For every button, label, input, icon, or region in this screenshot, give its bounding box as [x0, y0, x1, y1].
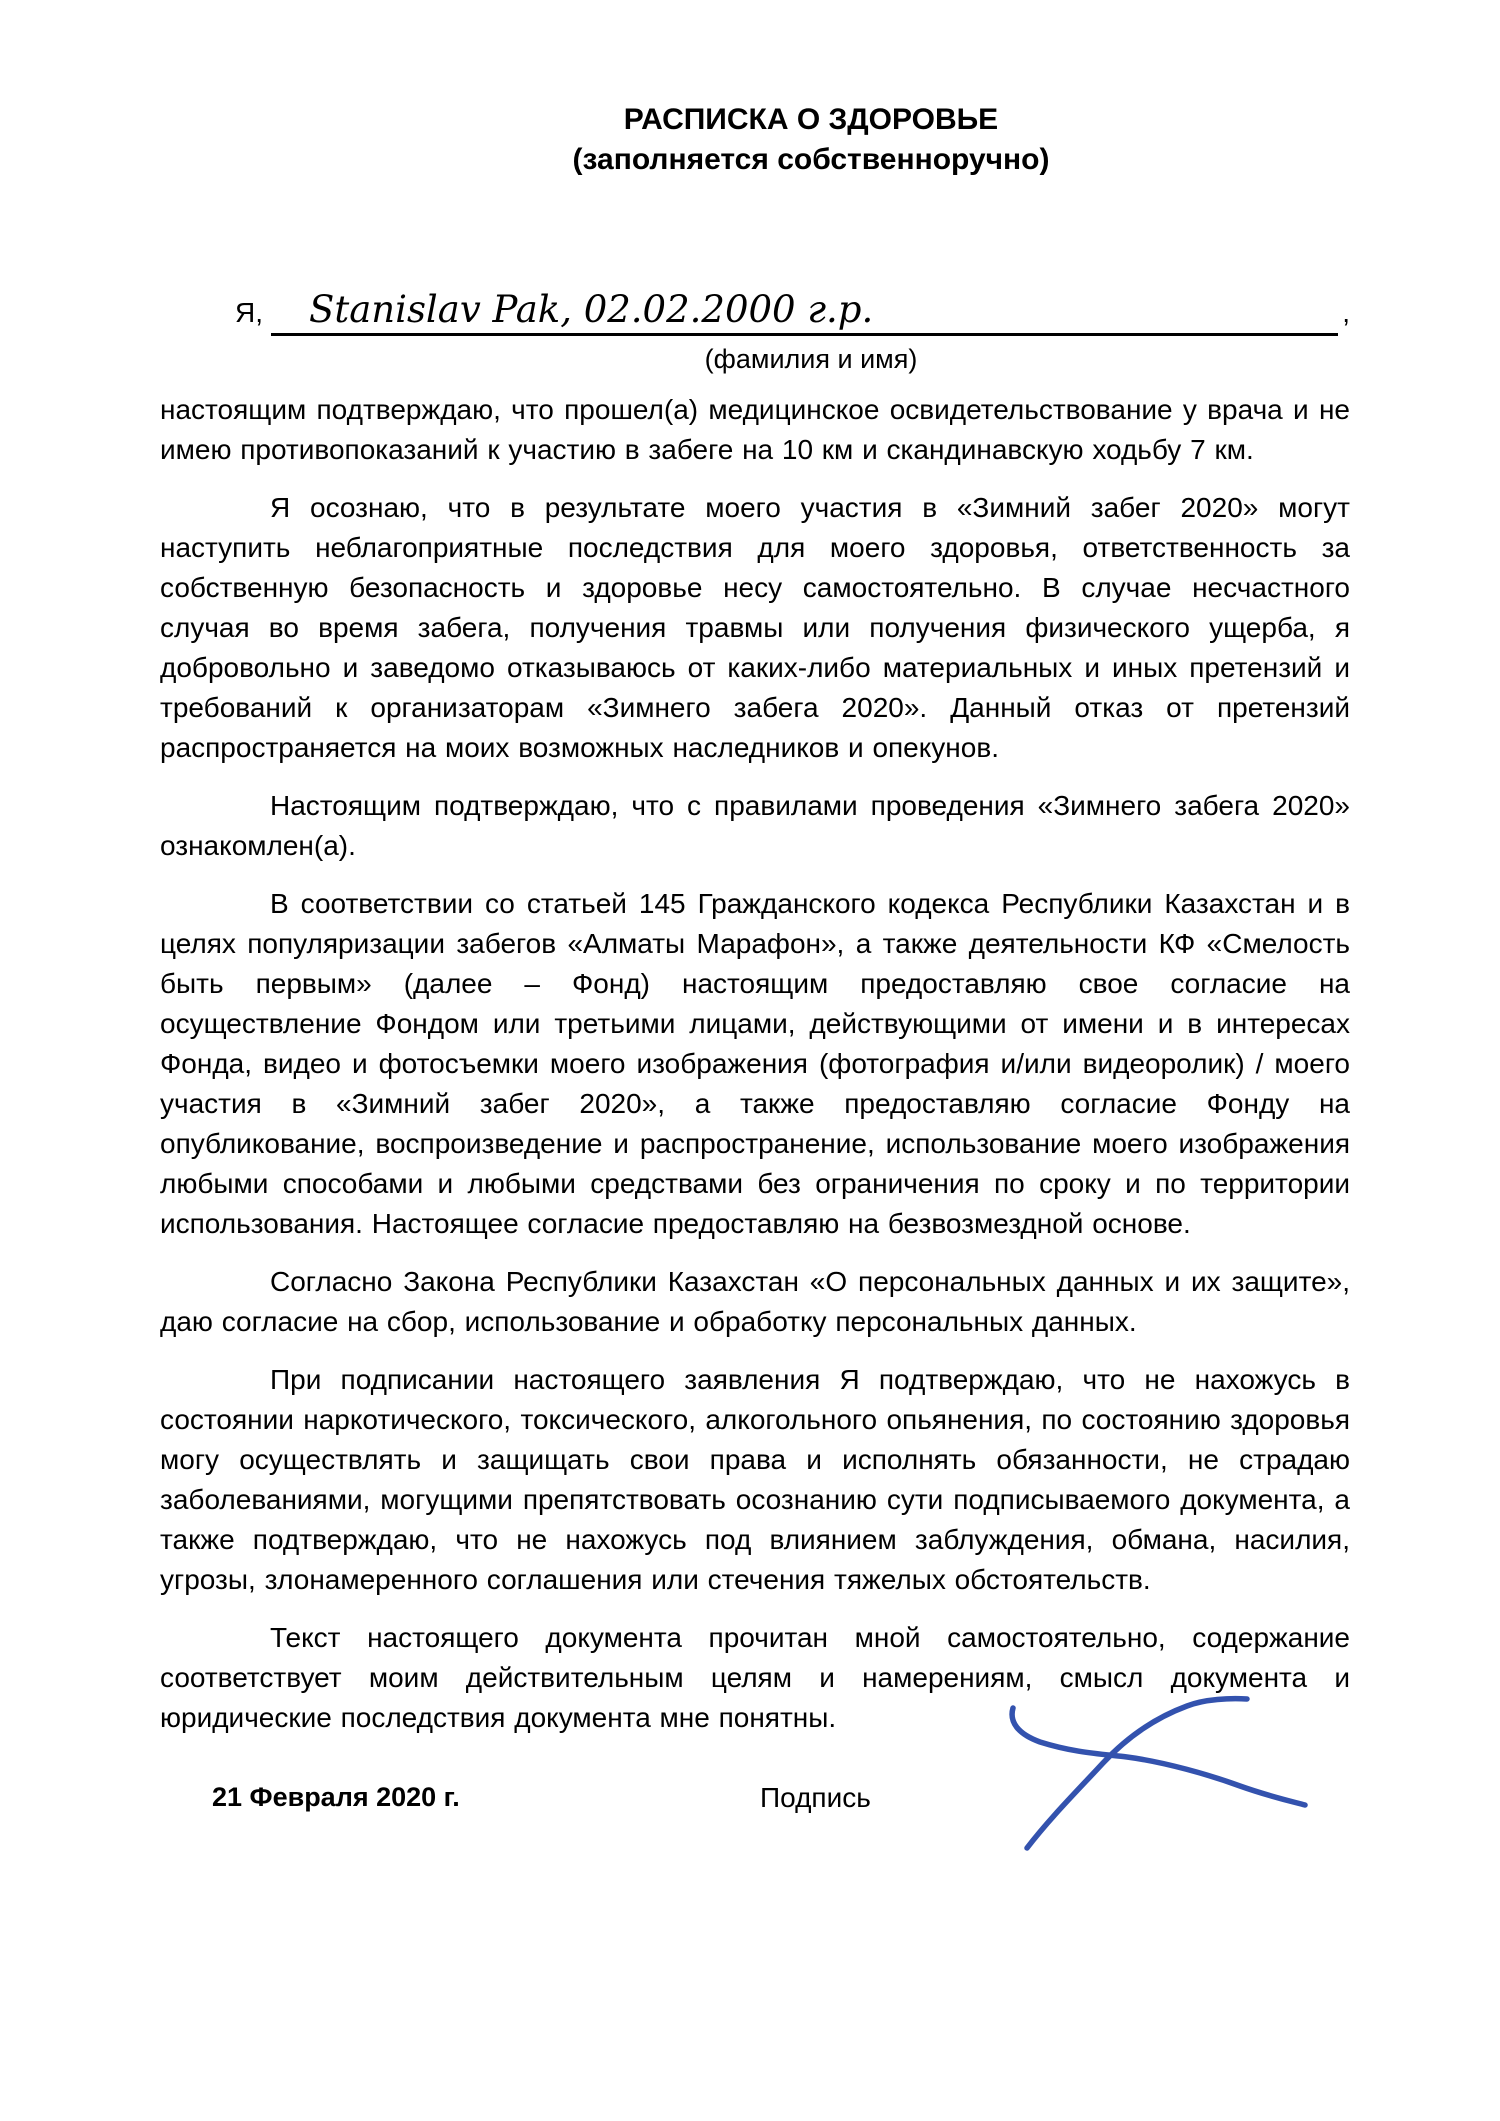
handwritten-name-field: Stanislav Pak, 02.02.2000 г.р. [271, 290, 1338, 336]
document-page: РАСПИСКА О ЗДОРОВЬЕ (заполняется собстве… [0, 0, 1500, 2121]
paragraph: Я осознаю, что в результате моего участи… [160, 488, 1350, 768]
paragraph: Согласно Закона Республики Казахстан «О … [160, 1262, 1350, 1342]
paragraph: При подписании настоящего заявления Я по… [160, 1360, 1350, 1600]
document-date: 21 Февраля 2020 г. [212, 1782, 460, 1813]
document-subtitle: (заполняется собственноручно) [160, 140, 1350, 180]
document-content: РАСПИСКА О ЗДОРОВЬЕ (заполняется собстве… [160, 0, 1350, 1738]
name-line-trailing-comma: , [1342, 297, 1350, 329]
handwritten-signature [990, 1680, 1330, 1870]
signature-stroke-diagonal [1027, 1699, 1247, 1848]
body-text: настоящим подтверждаю, что прошел(а) мед… [160, 390, 1350, 1738]
signature-label: Подпись [760, 1782, 871, 1814]
document-title: РАСПИСКА О ЗДОРОВЬЕ [160, 100, 1350, 140]
name-line-prefix: Я, [235, 297, 263, 329]
signature-stroke-wavy [1012, 1708, 1305, 1805]
name-line-caption: (фамилия и имя) [160, 344, 1350, 374]
paragraph: настоящим подтверждаю, что прошел(а) мед… [160, 390, 1350, 470]
name-line: Я, Stanislav Pak, 02.02.2000 г.р. , [235, 290, 1350, 336]
paragraph: Настоящим подтверждаю, что с правилами п… [160, 786, 1350, 866]
paragraph: В соответствии со статьей 145 Гражданско… [160, 884, 1350, 1244]
